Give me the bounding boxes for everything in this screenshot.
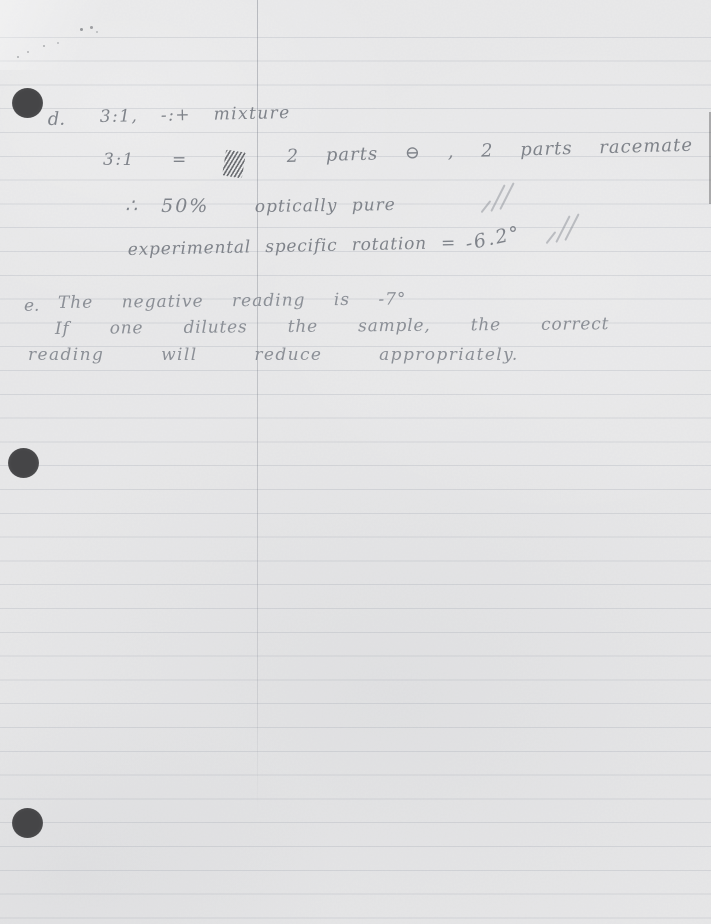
pen-speck (96, 31, 98, 33)
item-e-line-3: reading will reduce appropriately. (28, 345, 519, 365)
scratch-out-mark (222, 150, 246, 179)
equals-sign: = (172, 150, 186, 170)
item-d-label: d. (48, 109, 66, 130)
hole-punch (12, 808, 43, 838)
ratio-lhs: 3:1 (103, 150, 135, 170)
pen-speck (43, 45, 45, 47)
page-corner-highlight (0, 0, 150, 70)
therefore-50-percent: ∴ 50% (125, 195, 209, 217)
item-d-heading: 3:1, -:+ mixture (100, 103, 291, 127)
hole-punch (8, 448, 39, 478)
pen-speck (27, 51, 29, 53)
hole-punch (12, 88, 43, 118)
pen-speck (90, 26, 93, 29)
item-e-label: e. (24, 296, 39, 316)
grader-tick-mark (548, 212, 582, 248)
pen-speck (17, 56, 19, 58)
item-e-line-1: The negative reading is -7° (58, 289, 407, 313)
pen-speck (80, 28, 83, 31)
pen-speck (57, 42, 59, 44)
optically-pure-text: optically pure (255, 195, 396, 217)
grader-tick-mark (483, 181, 517, 217)
